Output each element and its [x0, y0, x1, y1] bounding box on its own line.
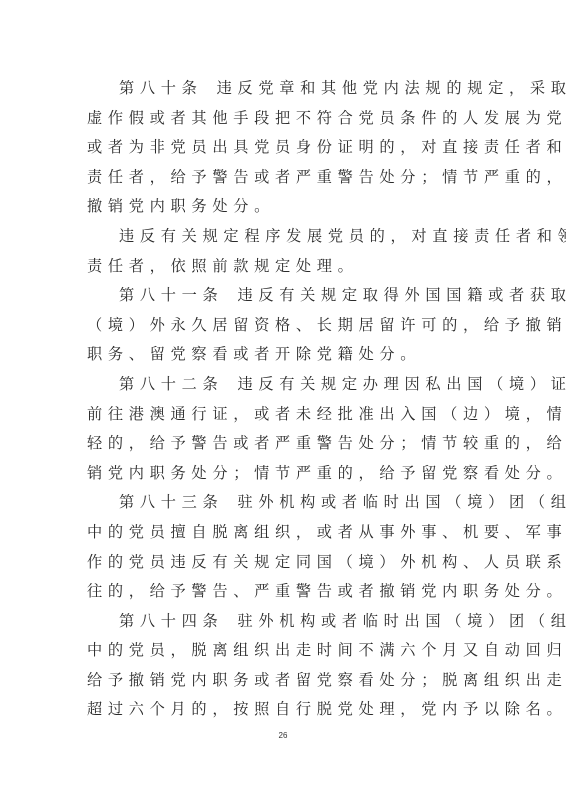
paragraph-line: 虚作假或者其他手段把不符合党员条件的人发展为党员， — [87, 104, 467, 134]
paragraph-line: 给予撤销党内职务或者留党察看处分；脱离组织出走时间 — [87, 666, 467, 696]
paragraph-first-line: 第八十二条违反有关规定办理因私出国（境）证件、 — [87, 370, 467, 400]
paragraph-line: 或者为非党员出具党员身份证明的，对直接责任者和领导 — [87, 133, 467, 163]
line-text: 违反有关规定取得外国国籍或者获取国 — [237, 286, 566, 304]
article-83-paragraph: 第八十三条驻外机构或者临时出国（境）团（组） 中的党员擅自脱离组织，或者从事外事… — [87, 488, 467, 606]
paragraph-first-line: 第八十一条违反有关规定取得外国国籍或者获取国 — [87, 281, 467, 311]
document-page: 第八十条违反党章和其他党内法规的规定，采取弄 虚作假或者其他手段把不符合党员条件… — [0, 0, 566, 800]
article-81-paragraph: 第八十一条违反有关规定取得外国国籍或者获取国 （境）外永久居留资格、长期居留许可… — [87, 281, 467, 370]
paragraph-line: 责任者，依照前款规定处理。 — [87, 252, 467, 282]
article-number: 第八十一条 — [119, 286, 223, 304]
article-number: 第八十四条 — [119, 612, 223, 630]
line-text: 违反党章和其他党内法规的规定，采取弄 — [217, 79, 566, 97]
paragraph-first-line: 第八十四条驻外机构或者临时出国（境）团（组） — [87, 607, 467, 637]
paragraph-line: （境）外永久居留资格、长期居留许可的，给予撤销党内 — [87, 311, 467, 341]
article-80-second-paragraph: 违反有关规定程序发展党员的，对直接责任者和领导 责任者，依照前款规定处理。 — [87, 222, 467, 281]
article-number: 第八十三条 — [119, 493, 223, 511]
paragraph-line: 责任者，给予警告或者严重警告处分；情节严重的，给予 — [87, 163, 467, 193]
paragraph-line: 中的党员，脱离组织出走时间不满六个月又自动回归的， — [87, 636, 467, 666]
line-text: 驻外机构或者临时出国（境）团（组） — [237, 612, 566, 630]
paragraph-line: 轻的，给予警告或者严重警告处分；情节较重的，给予撤 — [87, 429, 467, 459]
article-84-paragraph: 第八十四条驻外机构或者临时出国（境）团（组） 中的党员，脱离组织出走时间不满六个… — [87, 607, 467, 725]
line-text: 违反有关规定办理因私出国（境）证件、 — [237, 375, 566, 393]
article-number: 第八十条 — [119, 79, 203, 97]
paragraph-line: 职务、留党察看或者开除党籍处分。 — [87, 340, 467, 370]
line-text: 驻外机构或者临时出国（境）团（组） — [237, 493, 566, 511]
paragraph-line: 中的党员擅自脱离组织，或者从事外事、机要、军事等工 — [87, 518, 467, 548]
paragraph-line: 往的，给予警告、严重警告或者撤销党内职务处分。 — [87, 577, 467, 607]
article-82-paragraph: 第八十二条违反有关规定办理因私出国（境）证件、 前往港澳通行证，或者未经批准出入… — [87, 370, 467, 488]
paragraph-line: 撤销党内职务处分。 — [87, 192, 467, 222]
paragraph-line: 销党内职务处分；情节严重的，给予留党察看处分。 — [87, 459, 467, 489]
article-80-paragraph: 第八十条违反党章和其他党内法规的规定，采取弄 虚作假或者其他手段把不符合党员条件… — [87, 74, 467, 222]
body-text: 第八十条违反党章和其他党内法规的规定，采取弄 虚作假或者其他手段把不符合党员条件… — [87, 74, 467, 725]
paragraph-line: 超过六个月的，按照自行脱党处理，党内予以除名。 — [87, 695, 467, 725]
paragraph-first-line: 第八十三条驻外机构或者临时出国（境）团（组） — [87, 488, 467, 518]
paragraph-line: 作的党员违反有关规定同国（境）外机构、人员联系和交 — [87, 548, 467, 578]
paragraph-first-line: 违反有关规定程序发展党员的，对直接责任者和领导 — [87, 222, 467, 252]
article-number: 第八十二条 — [119, 375, 223, 393]
paragraph-first-line: 第八十条违反党章和其他党内法规的规定，采取弄 — [87, 74, 467, 104]
page-number: 26 — [0, 731, 566, 740]
paragraph-line: 前往港澳通行证，或者未经批准出入国（边）境，情节较 — [87, 400, 467, 430]
